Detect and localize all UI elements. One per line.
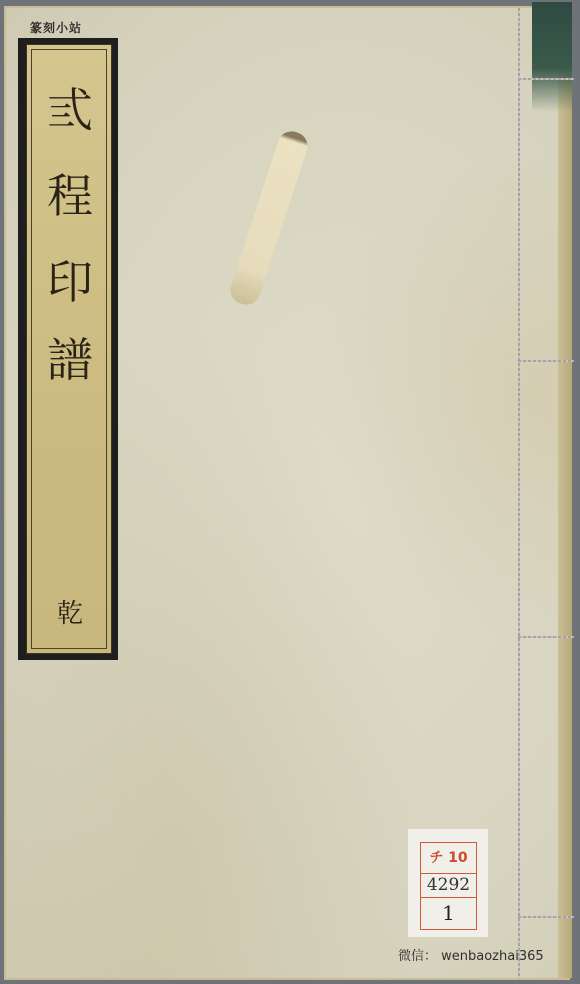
binding-thread-horizontal bbox=[518, 78, 574, 80]
page-edge bbox=[558, 8, 572, 978]
title-char: 程 bbox=[27, 173, 113, 219]
binding-corner bbox=[532, 2, 572, 112]
cover-tear bbox=[227, 128, 311, 308]
binding-thread-horizontal bbox=[518, 916, 574, 918]
binding-thread-horizontal bbox=[518, 636, 574, 638]
title-char: 弎 bbox=[27, 87, 113, 133]
binding-thread-vertical bbox=[518, 8, 520, 978]
publisher-mark: 篆刻小站 bbox=[30, 19, 82, 36]
volume-number: 1 bbox=[421, 897, 476, 929]
volume-mark: 乾 bbox=[27, 593, 113, 630]
binding-thread-horizontal bbox=[518, 360, 574, 362]
watermark: 微信： wenbaozhai365 bbox=[398, 945, 544, 964]
library-call-number: チ 10 4292 1 bbox=[420, 842, 477, 930]
call-number-id: 4292 bbox=[421, 873, 476, 898]
title-char: 譜 bbox=[27, 337, 113, 383]
call-number-class: チ 10 bbox=[421, 843, 476, 874]
title-char: 印 bbox=[27, 259, 113, 305]
title-slip: 弎 程 印 譜 乾 bbox=[26, 44, 112, 654]
